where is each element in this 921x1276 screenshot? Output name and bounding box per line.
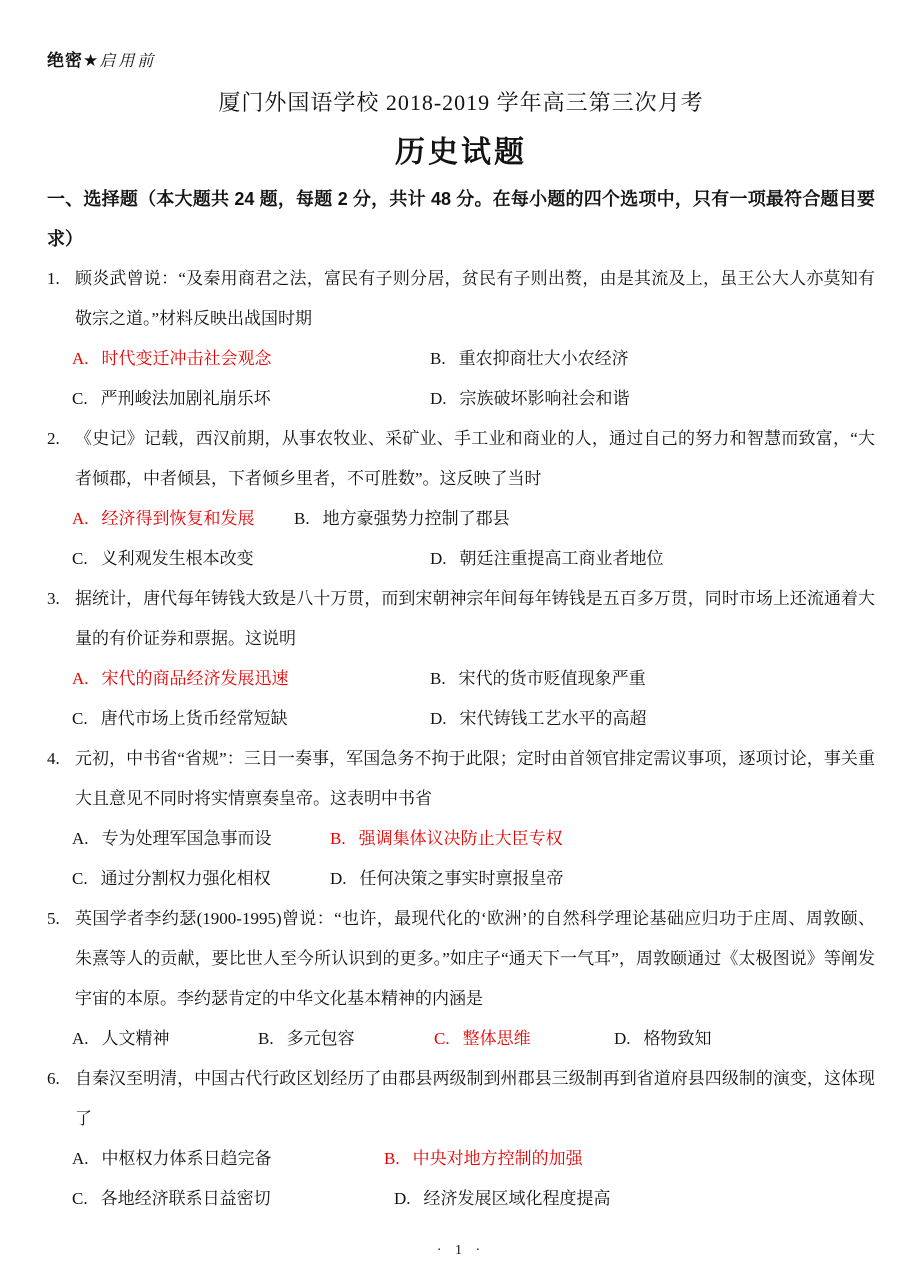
question-5-stem: 5. 英国学者李约瑟(1900-1995)曾说：“也许，最现代化的‘欧洲’的自然… (47, 899, 875, 1019)
question-1-options-row-1: A.时代变迁冲击社会观念 B.重农抑商壮大小农经济 (47, 339, 875, 379)
option-label: A. (72, 349, 89, 368)
question-5-options-row-1: A.人文精神 B.多元包容 C.整体思维 D.格物致知 (47, 1019, 875, 1059)
question-6: 6. 自秦汉至明清，中国古代行政区划经历了由郡县两级制到州郡县三级制再到省道府县… (47, 1059, 875, 1219)
question-2-options-row-1: A.经济得到恢复和发展 B.地方豪强势力控制了郡县 (47, 499, 875, 539)
option-label: B. (294, 509, 310, 528)
question-3-options-row-1: A.宋代的商品经济发展迅速 B.宋代的货市贬值现象严重 (47, 659, 875, 699)
exam-title: 厦门外国语学校 2018-2019 学年高三第三次月考 (47, 86, 875, 117)
question-3: 3. 据统计，唐代每年铸钱大致是八十万贯，而到宋朝神宗年间每年铸钱是五百多万贯，… (47, 579, 875, 739)
option-label: D. (394, 1189, 411, 1208)
option-text: 人文精神 (102, 1029, 170, 1048)
question-4-stem: 4. 元初，中书省“省规”：三日一奏事，军国急务不拘于此限；定时由首领官排定需议… (47, 739, 875, 819)
option-label: B. (384, 1149, 400, 1168)
question-number: 4. (47, 739, 60, 779)
question-2-stem: 2. 《史记》记载，西汉前期，从事农牧业、采矿业、手工业和商业的人，通过自己的努… (47, 419, 875, 499)
question-5: 5. 英国学者李约瑟(1900-1995)曾说：“也许，最现代化的‘欧洲’的自然… (47, 899, 875, 1059)
option-text: 整体思维 (463, 1029, 531, 1048)
q4-option-d: D.任何决策之事实时禀报皇帝 (330, 859, 564, 899)
question-2-options-row-2: C.义利观发生根本改变 D.朝廷注重提高工商业者地位 (47, 539, 875, 579)
option-text: 重农抑商壮大小农经济 (459, 349, 629, 368)
q3-option-d: D.宋代铸钱工艺水平的高超 (430, 699, 647, 739)
option-text: 严刑峻法加剧礼崩乐坏 (101, 389, 271, 408)
option-label: A. (72, 509, 89, 528)
question-number: 2. (47, 419, 60, 459)
question-number: 3. (47, 579, 60, 619)
option-label: C. (434, 1029, 450, 1048)
question-number: 1. (47, 259, 60, 299)
option-text: 强调集体议决防止大臣专权 (359, 829, 563, 848)
question-6-options-row-1: A.中枢权力体系日趋完备 B.中央对地方控制的加强 (47, 1139, 875, 1179)
option-label: D. (430, 389, 447, 408)
option-label: B. (430, 669, 446, 688)
q3-option-c: C.唐代市场上货币经常短缺 (72, 699, 430, 739)
q1-option-a: A.时代变迁冲击社会观念 (72, 339, 430, 379)
question-text: 元初，中书省“省规”：三日一奏事，军国急务不拘于此限；定时由首领官排定需议事项，… (75, 749, 875, 808)
q4-option-b: B.强调集体议决防止大臣专权 (330, 819, 563, 859)
q4-option-a: A.专为处理军国急事而设 (72, 819, 330, 859)
question-number: 6. (47, 1059, 60, 1099)
classification-level: 绝密★ (47, 51, 99, 70)
option-label: C. (72, 389, 88, 408)
option-text: 宗族破坏影响社会和谐 (460, 389, 630, 408)
question-3-stem: 3. 据统计，唐代每年铸钱大致是八十万贯，而到宋朝神宗年间每年铸钱是五百多万贯，… (47, 579, 875, 659)
exam-document: 绝密★启用前 厦门外国语学校 2018-2019 学年高三第三次月考 历史试题 … (0, 0, 921, 1259)
option-text: 中央对地方控制的加强 (413, 1149, 583, 1168)
option-label: A. (72, 1029, 89, 1048)
q2-option-c: C.义利观发生根本改变 (72, 539, 430, 579)
classification-note: 启用前 (99, 53, 156, 70)
question-text: 《史记》记载，西汉前期，从事农牧业、采矿业、手工业和商业的人，通过自己的努力和智… (75, 429, 875, 488)
option-text: 经济发展区域化程度提高 (424, 1189, 611, 1208)
q1-option-d: D.宗族破坏影响社会和谐 (430, 379, 630, 419)
section-header: 一、选择题（本大题共 24 题，每题 2 分，共计 48 分。在每小题的四个选项… (47, 179, 875, 259)
question-2: 2. 《史记》记载，西汉前期，从事农牧业、采矿业、手工业和商业的人，通过自己的努… (47, 419, 875, 579)
option-text: 多元包容 (287, 1029, 355, 1048)
option-text: 宋代的商品经济发展迅速 (102, 669, 289, 688)
question-text: 顾炎武曾说：“及秦用商君之法，富民有子则分居，贫民有子则出赘，由是其流及上，虽王… (75, 269, 875, 328)
question-1: 1. 顾炎武曾说：“及秦用商君之法，富民有子则分居，贫民有子则出赘，由是其流及上… (47, 259, 875, 419)
option-text: 经济得到恢复和发展 (102, 509, 255, 528)
option-text: 各地经济联系日益密切 (101, 1189, 271, 1208)
question-4-options-row-2: C.通过分割权力强化相权 D.任何决策之事实时禀报皇帝 (47, 859, 875, 899)
option-text: 唐代市场上货币经常短缺 (101, 709, 288, 728)
classification-banner: 绝密★启用前 (47, 46, 875, 72)
question-1-stem: 1. 顾炎武曾说：“及秦用商君之法，富民有子则分居，贫民有子则出赘，由是其流及上… (47, 259, 875, 339)
option-label: A. (72, 829, 89, 848)
q3-option-b: B.宋代的货市贬值现象严重 (430, 659, 646, 699)
option-text: 任何决策之事实时禀报皇帝 (360, 869, 564, 888)
option-text: 专为处理军国急事而设 (102, 829, 272, 848)
question-1-options-row-2: C.严刑峻法加剧礼崩乐坏 D.宗族破坏影响社会和谐 (47, 379, 875, 419)
question-text: 自秦汉至明清，中国古代行政区划经历了由郡县两级制到州郡县三级制再到省道府县四级制… (75, 1069, 875, 1128)
q5-option-c: C.整体思维 (434, 1019, 614, 1059)
q2-option-b: B.地方豪强势力控制了郡县 (294, 499, 510, 539)
option-label: D. (614, 1029, 631, 1048)
option-label: C. (72, 549, 88, 568)
question-3-options-row-2: C.唐代市场上货币经常短缺 D.宋代铸钱工艺水平的高超 (47, 699, 875, 739)
q2-option-d: D.朝廷注重提高工商业者地位 (430, 539, 664, 579)
q6-option-b: B.中央对地方控制的加强 (384, 1139, 583, 1179)
option-label: A. (72, 669, 89, 688)
q6-option-c: C.各地经济联系日益密切 (72, 1179, 394, 1219)
option-label: C. (72, 869, 88, 888)
q2-option-a: A.经济得到恢复和发展 (72, 499, 294, 539)
option-text: 格物致知 (644, 1029, 712, 1048)
q5-option-b: B.多元包容 (258, 1019, 434, 1059)
question-4-options-row-1: A.专为处理军国急事而设 B.强调集体议决防止大臣专权 (47, 819, 875, 859)
option-label: B. (258, 1029, 274, 1048)
option-label: D. (430, 709, 447, 728)
option-text: 地方豪强势力控制了郡县 (323, 509, 510, 528)
q6-option-d: D.经济发展区域化程度提高 (394, 1179, 611, 1219)
option-label: B. (430, 349, 446, 368)
option-label: D. (430, 549, 447, 568)
option-text: 朝廷注重提高工商业者地位 (460, 549, 664, 568)
option-label: B. (330, 829, 346, 848)
option-text: 时代变迁冲击社会观念 (102, 349, 272, 368)
option-label: C. (72, 709, 88, 728)
option-label: A. (72, 1149, 89, 1168)
question-text: 据统计，唐代每年铸钱大致是八十万贯，而到宋朝神宗年间每年铸钱是五百多万贯，同时市… (75, 589, 875, 648)
question-number: 5. (47, 899, 60, 939)
q3-option-a: A.宋代的商品经济发展迅速 (72, 659, 430, 699)
option-text: 宋代的货市贬值现象严重 (459, 669, 646, 688)
option-label: D. (330, 869, 347, 888)
option-text: 宋代铸钱工艺水平的高超 (460, 709, 647, 728)
page-footer: · 1 · (47, 1243, 875, 1259)
q5-option-d: D.格物致知 (614, 1019, 712, 1059)
q4-option-c: C.通过分割权力强化相权 (72, 859, 330, 899)
question-6-stem: 6. 自秦汉至明清，中国古代行政区划经历了由郡县两级制到州郡县三级制再到省道府县… (47, 1059, 875, 1139)
option-text: 义利观发生根本改变 (101, 549, 254, 568)
q1-option-b: B.重农抑商壮大小农经济 (430, 339, 629, 379)
q6-option-a: A.中枢权力体系日趋完备 (72, 1139, 384, 1179)
page-number: · 1 · (437, 1243, 485, 1258)
question-4: 4. 元初，中书省“省规”：三日一奏事，军国急务不拘于此限；定时由首领官排定需议… (47, 739, 875, 899)
option-label: C. (72, 1189, 88, 1208)
subject-title: 历史试题 (47, 127, 875, 171)
q1-option-c: C.严刑峻法加剧礼崩乐坏 (72, 379, 430, 419)
q5-option-a: A.人文精神 (72, 1019, 258, 1059)
option-text: 通过分割权力强化相权 (101, 869, 271, 888)
question-6-options-row-2: C.各地经济联系日益密切 D.经济发展区域化程度提高 (47, 1179, 875, 1219)
option-text: 中枢权力体系日趋完备 (102, 1149, 272, 1168)
question-text: 英国学者李约瑟(1900-1995)曾说：“也许，最现代化的‘欧洲’的自然科学理… (75, 909, 875, 1008)
